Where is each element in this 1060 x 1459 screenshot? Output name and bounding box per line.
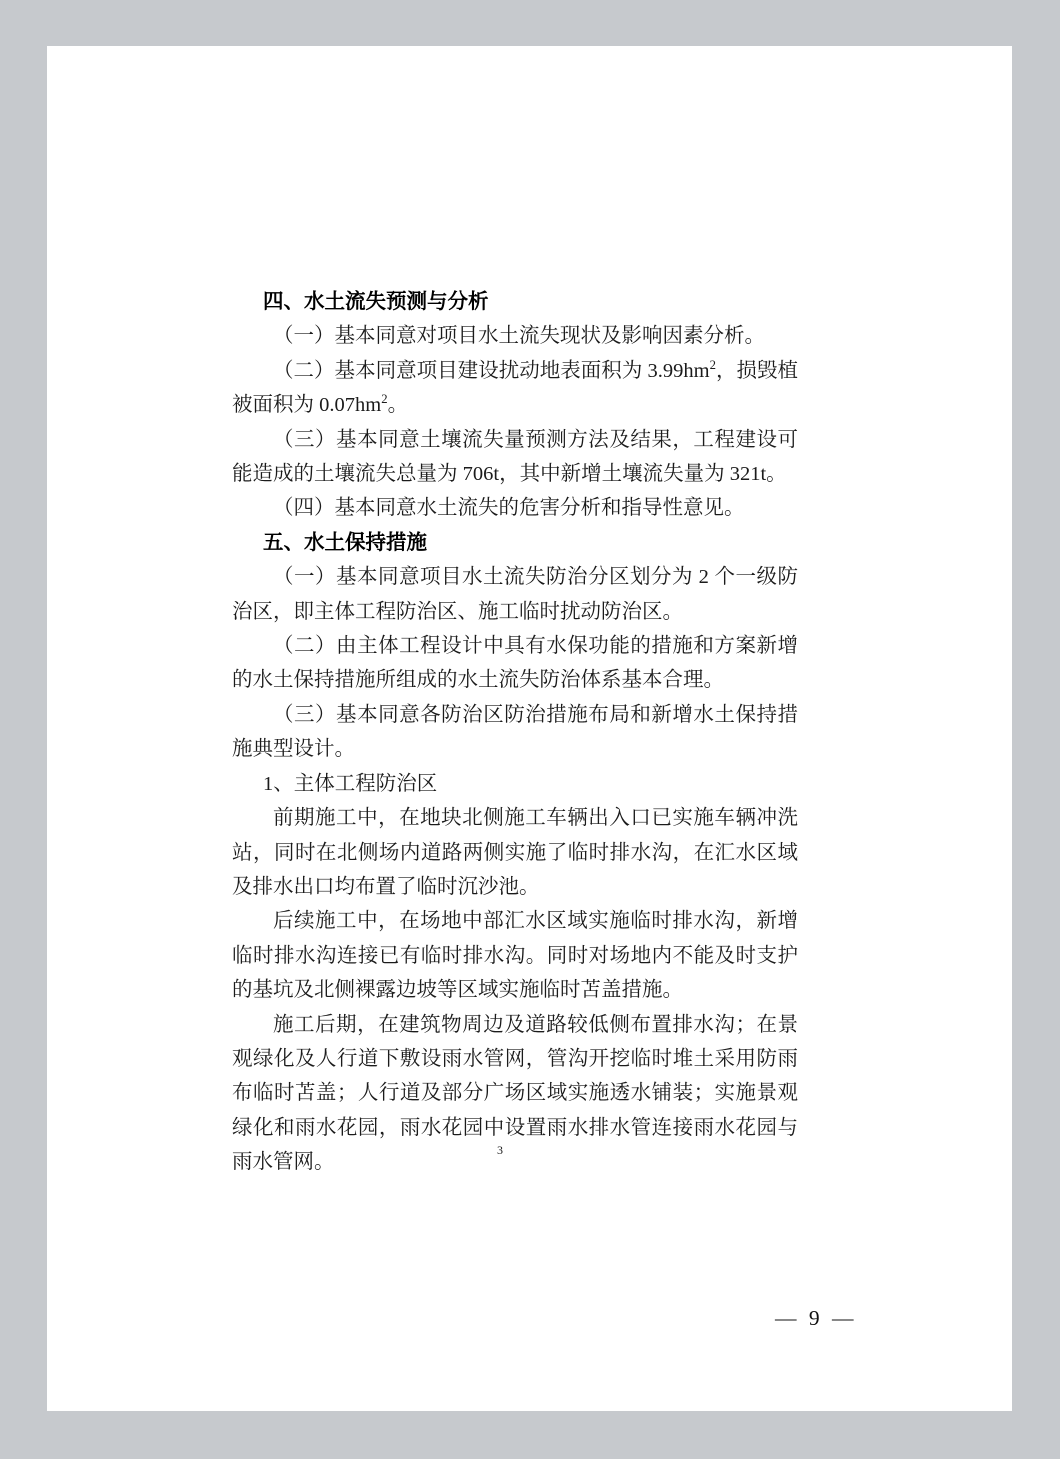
paragraph-4-4: （四）基本同意水土流失的危害分析和指导性意见。 <box>232 491 798 525</box>
document-page: 四、水土流失预测与分析 （一）基本同意对项目水土流失现状及影响因素分析。 （二）… <box>47 46 1012 1411</box>
paragraph-4-1: （一）基本同意对项目水土流失现状及影响因素分析。 <box>232 319 798 353</box>
footnote-mark: 3 <box>497 1143 503 1158</box>
subsection-heading-1: 1、主体工程防治区 <box>232 767 798 801</box>
section-heading-5: 五、水土保持措施 <box>232 526 798 560</box>
paragraph-text: （二）基本同意项目建设扰动地表面积为 3.99hm <box>273 360 710 382</box>
page-number: — 9 — <box>775 1306 855 1331</box>
paragraph-5-3: （三）基本同意各防治区防治措施布局和新增水土保持措施典型设计。 <box>232 698 798 767</box>
screenshot-root: { "colors": { "background": "#c6c9cd", "… <box>0 0 1060 1459</box>
paragraph-4-2: （二）基本同意项目建设扰动地表面积为 3.99hm2，损毁植被面积为 0.07h… <box>232 354 798 423</box>
paragraph-sub1-1: 前期施工中，在地块北侧施工车辆出入口已实施车辆冲洗站，同时在北侧场内道路两侧实施… <box>232 801 798 904</box>
document-body: 四、水土流失预测与分析 （一）基本同意对项目水土流失现状及影响因素分析。 （二）… <box>232 285 798 1180</box>
section-heading-4: 四、水土流失预测与分析 <box>232 285 798 319</box>
paragraph-text: 。 <box>388 394 409 416</box>
paragraph-5-2: （二）由主体工程设计中具有水保功能的措施和方案新增的水土保持措施所组成的水土流失… <box>232 629 798 698</box>
paragraph-4-3: （三）基本同意土壤流失量预测方法及结果，工程建设可能造成的土壤流失总量为 706… <box>232 423 798 492</box>
paragraph-sub1-3: 施工后期，在建筑物周边及道路较低侧布置排水沟；在景观绿化及人行道下敷设雨水管网，… <box>232 1008 798 1180</box>
paragraph-5-1: （一）基本同意项目水土流失防治分区划分为 2 个一级防治区，即主体工程防治区、施… <box>232 560 798 629</box>
paragraph-sub1-2: 后续施工中，在场地中部汇水区域实施临时排水沟，新增临时排水沟连接已有临时排水沟。… <box>232 904 798 1007</box>
